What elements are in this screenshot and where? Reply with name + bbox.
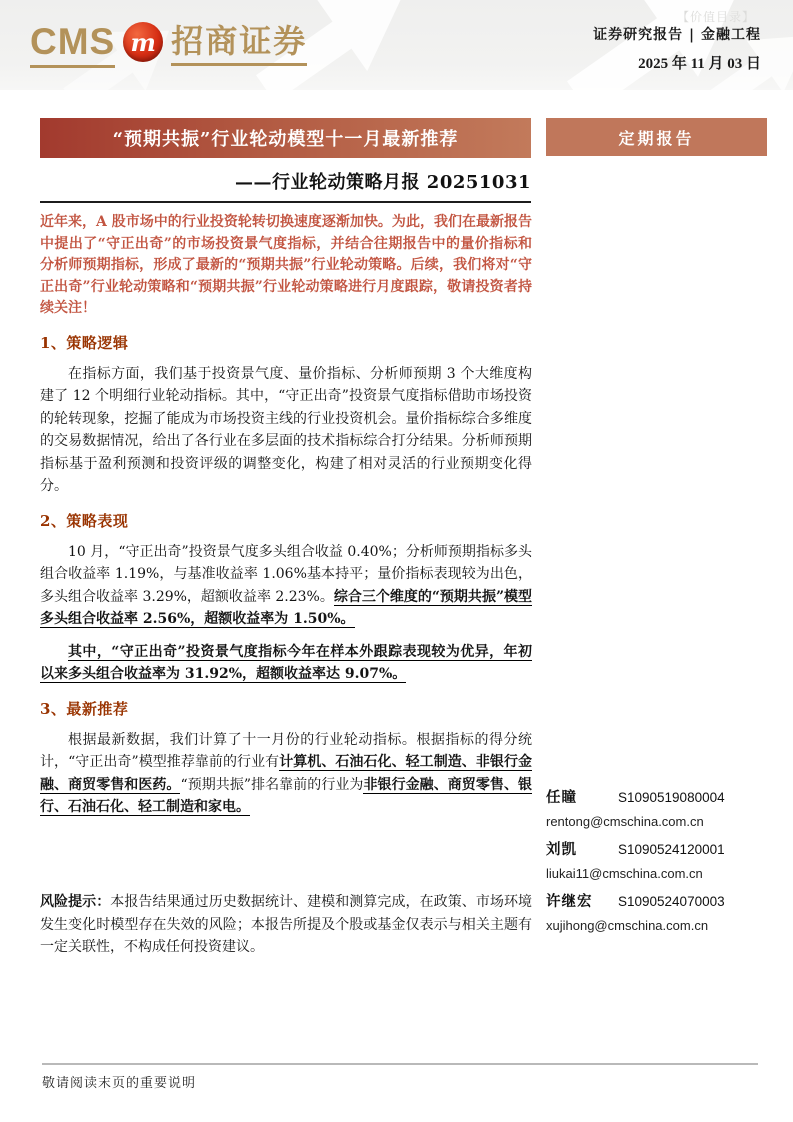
report-category-tag: 定期报告 [546,118,767,156]
analyst-cert-number: S1090519080004 [618,790,725,805]
section-heading: 3、最新推荐 [40,698,532,719]
report-page: 【价值目录】 CMS m 招商证券 证券研究报告 | 金融工程 2025 年 1… [0,0,793,1122]
report-type-label: 证券研究报告 | 金融工程 [593,24,761,44]
risk-disclaimer: 风险提示：本报告结果通过历史数据统计、建模和测算完成，在政策、市场环境发生变化时… [40,891,532,959]
cms-logo-chinese: 招商证券 [171,25,307,66]
sections: 1、策略逻辑在指标方面，我们基于投资景气度、量价指标、分析师预期 3 个大维度构… [40,332,532,819]
footer-divider [42,1063,758,1065]
header-right: 证券研究报告 | 金融工程 2025 年 11 月 03 日 [593,24,761,73]
report-title-banner: “预期共振”行业轮动模型十一月最新推荐 [40,118,531,158]
analyst-email: liukai11@cmschina.com.cn [546,866,776,881]
analyst-email: xujihong@cmschina.com.cn [546,918,776,933]
paragraph: 在指标方面，我们基于投资景气度、量价指标、分析师预期 3 个大维度构建了 12 … [40,363,532,498]
analyst-list: 任瞳S1090519080004rentong@cmschina.com.cn刘… [546,786,776,942]
analyst-row: 任瞳S1090519080004 [546,786,776,807]
analyst-row: 许继宏S1090524070003 [546,890,776,911]
analyst-name: 任瞳 [546,786,618,807]
paragraph: 根据最新数据，我们计算了十一月份的行业轮动指标。根据指标的得分统计，“守正出奇”… [40,729,532,819]
analyst-email: rentong@cmschina.com.cn [546,814,776,829]
watermark-text: 【价值目录】 [677,8,755,25]
cms-badge-icon: m [123,22,163,62]
main-column: 近年来，A 股市场中的行业投资轮转切换速度逐渐加快。为此，我们在最新报告中提出了… [40,212,532,829]
risk-label: 风险提示： [40,894,110,910]
analyst-cert-number: S1090524120001 [618,842,725,857]
analyst-name: 刘凯 [546,838,618,859]
text-run: “预期共振”排名靠前的行业为 [180,777,363,793]
text-run: 在指标方面，我们基于投资景气度、量价指标、分析师预期 3 个大维度构建了 12 … [40,366,532,495]
paragraph: 10 月，“守正出奇”投资景气度多头组合收益 0.40%；分析师预期指标多头组合… [40,541,532,631]
report-date: 2025 年 11 月 03 日 [593,52,761,73]
section-heading: 2、策略表现 [40,510,532,531]
analyst-cert-number: S1090524070003 [618,894,725,909]
section-heading: 1、策略逻辑 [40,332,532,353]
abstract-paragraph: 近年来，A 股市场中的行业投资轮转切换速度逐渐加快。为此，我们在最新报告中提出了… [40,212,532,320]
title-divider [40,201,531,203]
emphasized-text: 其中，“守正出奇”投资景气度指标今年在样本外跟踪表现较为优异，年初以来多头组合收… [40,644,532,684]
footer-note: 敬请阅读末页的重要说明 [42,1072,196,1091]
analyst-name: 许继宏 [546,890,618,911]
paragraph: 其中，“守正出奇”投资景气度指标今年在样本外跟踪表现较为优异，年初以来多头组合收… [40,641,532,686]
report-subtitle: ——行业轮动策略月报 20251031 [40,168,531,194]
cms-logo-text: CMS [30,23,115,68]
risk-text: 本报告结果通过历史数据统计、建模和测算完成，在政策、市场环境发生变化时模型存在失… [40,894,532,955]
header-band: 【价值目录】 CMS m 招商证券 证券研究报告 | 金融工程 2025 年 1… [0,0,793,90]
cms-logo: CMS m 招商证券 [30,22,307,68]
analyst-row: 刘凯S1090524120001 [546,838,776,859]
